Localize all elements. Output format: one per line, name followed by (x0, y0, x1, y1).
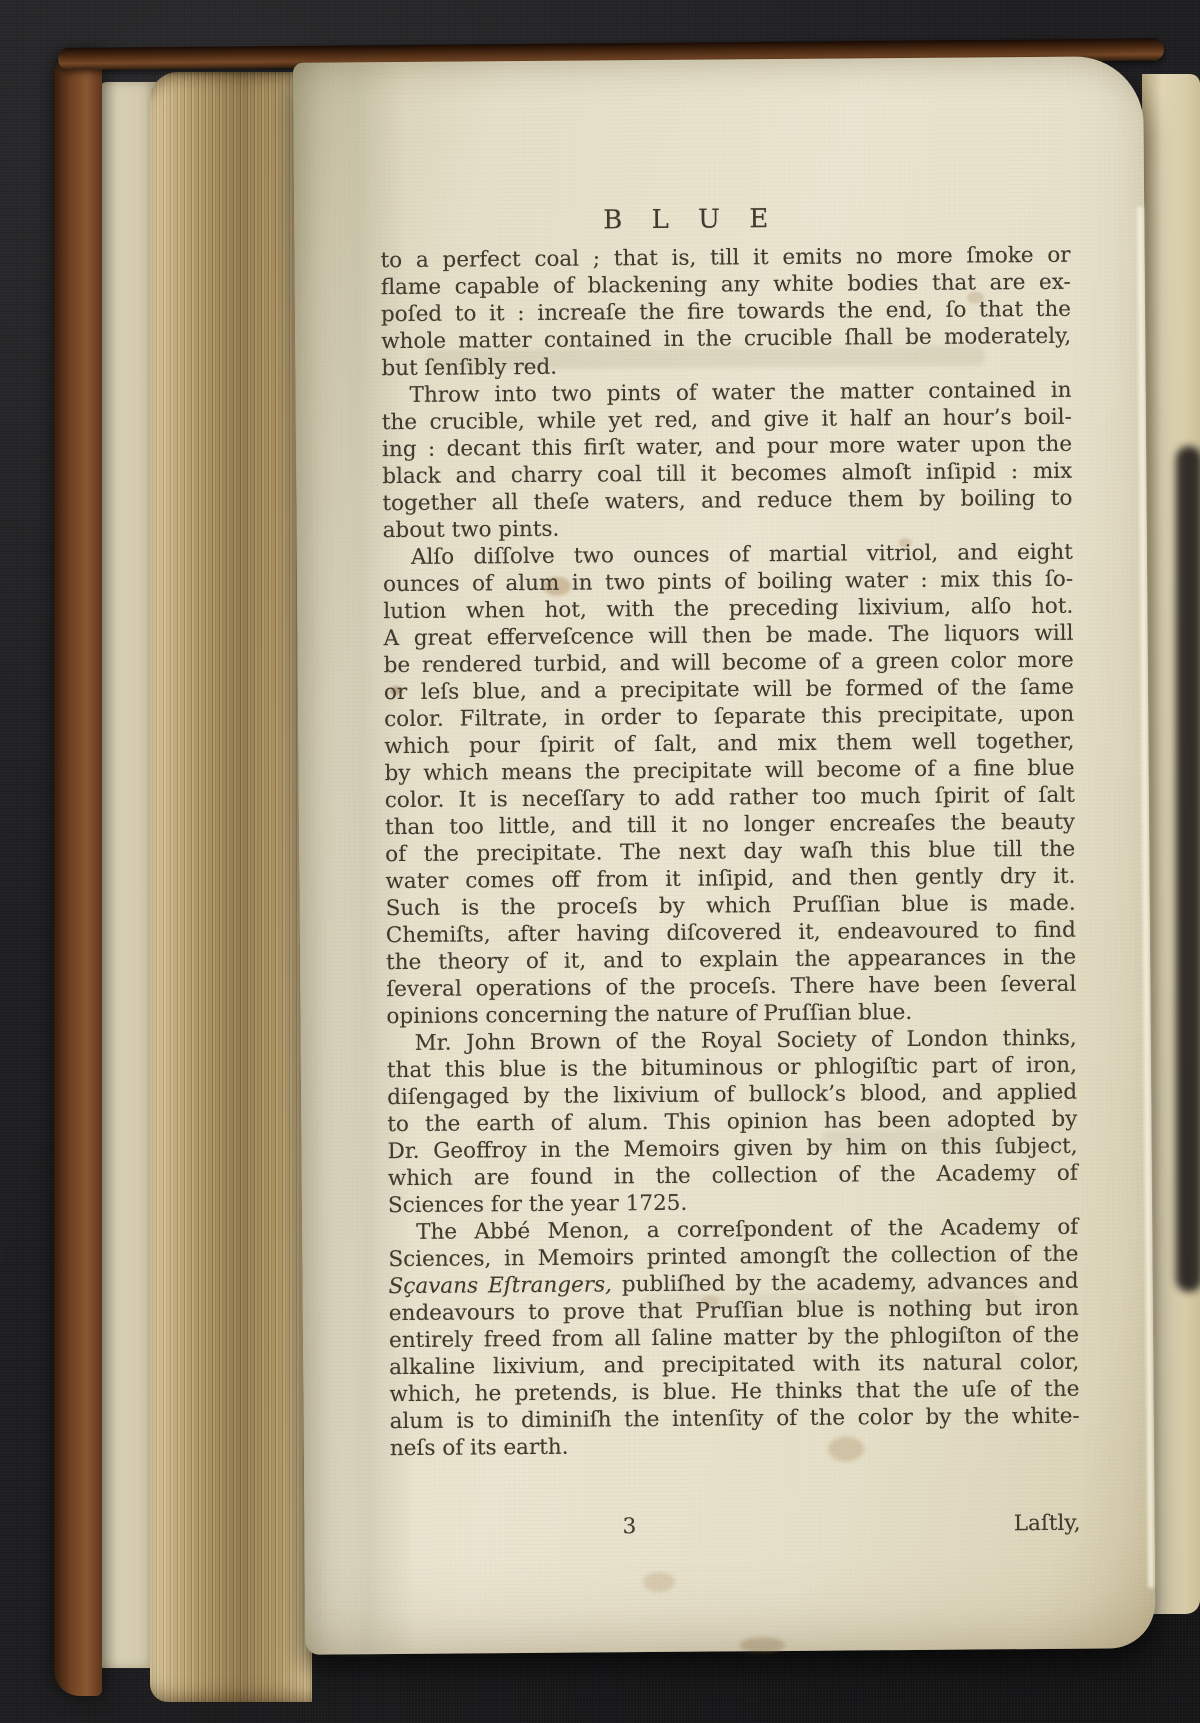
leather-spine (54, 54, 102, 1696)
paragraph: Alſo diſſolve two ounces of martial vitr… (383, 539, 1077, 1030)
text-line: whole matter contained in the crucible ſ… (381, 323, 1071, 355)
running-head: B L U E (341, 199, 1031, 240)
text-line: ſeveral operations of the proceſs. There… (386, 971, 1076, 1003)
book-photo: { "colors": { "backdrop": "#1d1c1e", "le… (0, 0, 1200, 1723)
paragraph: Mr. John Brown of the Royal Society of L… (387, 1025, 1078, 1219)
catchword: Laſtly, (1014, 1510, 1081, 1538)
page-number: 3 (622, 1513, 636, 1540)
paragraph: The Abbé Menon, a correſpondent of the A… (388, 1214, 1080, 1462)
text-line: which are found in the collection of the… (388, 1160, 1078, 1192)
page-gap-shadow (1176, 446, 1200, 1292)
text-line: neſs of its earth. (390, 1430, 1080, 1462)
text-block: B L U E to a perfect coal ; that is, til… (380, 199, 1081, 1545)
book-page: B L U E to a perfect coal ; that is, til… (293, 56, 1155, 1655)
text-segment: publiſhed by the academy, advances and (612, 1269, 1079, 1298)
foxing-stain (643, 1572, 675, 1592)
paragraph: to a perfect coal ; that is, till it emi… (380, 242, 1071, 382)
italic-phrase: Sçavans Eſtrangers, (389, 1272, 612, 1299)
text-line: together all theſe waters, and reduce th… (382, 485, 1072, 517)
text-line: alum is to diminiſh the intenſity of the… (390, 1403, 1080, 1435)
page-edge-stack (150, 72, 312, 1702)
paragraph: Throw into two pints of water the matter… (382, 377, 1073, 544)
page-footer: 3 Laſtly, (390, 1510, 1080, 1545)
foxing-stain (739, 1637, 785, 1653)
